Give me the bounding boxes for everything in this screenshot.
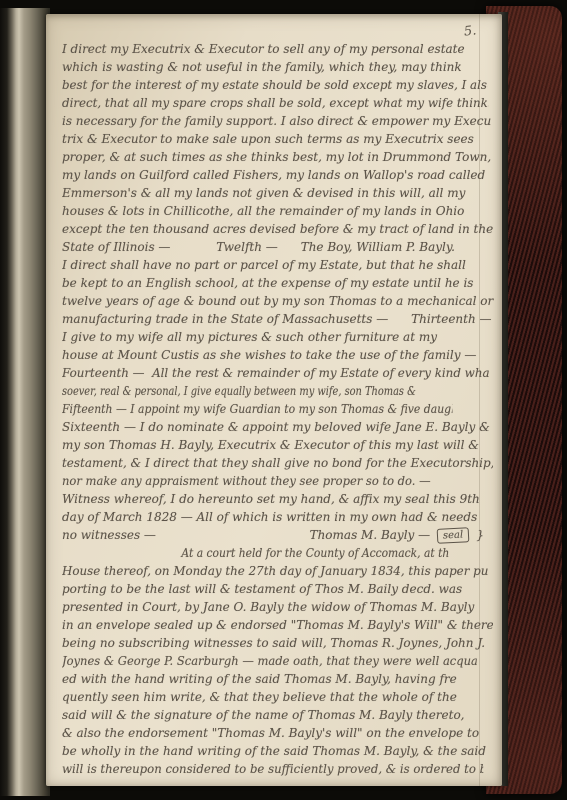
- manuscript-line: House thereof, on Monday the 27th day of…: [62, 562, 489, 580]
- manuscript-page: 5. I direct my Executrix & Executor to s…: [46, 14, 502, 786]
- probate-record-section: At a court held for the County of Accoma…: [62, 544, 494, 778]
- manuscript-line: my son Thomas H. Bayly, Executrix & Exec…: [62, 436, 494, 454]
- manuscript-line: presented in Court, by Jane O. Bayly the…: [62, 598, 494, 616]
- manuscript-line: & also the endorsement "Thomas M. Bayly'…: [62, 724, 494, 742]
- manuscript-line: which is wasting & not useful in the fam…: [62, 58, 494, 76]
- manuscript-line: ed with the hand writing of the said Tho…: [62, 670, 494, 688]
- manuscript-line: manufacturing trade in the State of Mass…: [62, 310, 494, 328]
- manuscript-line: will is thereupon considered to be suffi…: [62, 760, 483, 778]
- seal-stamp: seal: [437, 527, 470, 544]
- signature-group: Thomas M. Bayly — seal }: [310, 526, 484, 544]
- manuscript-line: trix & Executor to make sale upon such t…: [62, 130, 494, 148]
- manuscript-line: I give to my wife all my pictures & such…: [62, 328, 494, 346]
- manuscript-line: be kept to an English school, at the exp…: [62, 274, 494, 292]
- manuscript-line: Witness whereof, I do hereunto set my ha…: [62, 490, 494, 508]
- manuscript-line: nor make any appraisment without they se…: [62, 472, 477, 490]
- manuscript-line: At a court held for the County of Accoma…: [62, 544, 448, 562]
- manuscript-line: I direct my Executrix & Executor to sell…: [62, 40, 494, 58]
- will-body-section: I direct my Executrix & Executor to sell…: [62, 40, 494, 526]
- photograph-backdrop: { "page_number": "5.", "colors": { "back…: [0, 0, 567, 800]
- witness-text: no witnesses —: [62, 526, 156, 544]
- manuscript-line: houses & lots in Chillicothe, all the re…: [62, 202, 494, 220]
- manuscript-line: Fourteenth — All the rest & remainder of…: [62, 364, 489, 382]
- signature-line: no witnesses — Thomas M. Bayly — seal }: [62, 526, 494, 544]
- manuscript-line: house at Mount Custis as she wishes to t…: [62, 346, 494, 364]
- manuscript-line: direct, that all my spare crops shall be…: [62, 94, 488, 112]
- manuscript-line: best for the interest of my estate shoul…: [62, 76, 487, 94]
- manuscript-line: day of March 1828 — All of which is writ…: [62, 508, 494, 526]
- manuscript-text: I direct my Executrix & Executor to sell…: [62, 40, 494, 778]
- manuscript-line: testament, & I direct that they shall gi…: [62, 454, 493, 472]
- manuscript-line: proper, & at such times as she thinks be…: [62, 148, 494, 166]
- manuscript-line: State of Illinois — Twelfth — The Boy, W…: [62, 238, 494, 256]
- manuscript-line: porting to be the last will & testament …: [62, 580, 494, 598]
- manuscript-line: twelve years of age & bound out by my so…: [62, 292, 494, 310]
- manuscript-line: I direct shall have no part or parcel of…: [62, 256, 494, 274]
- manuscript-line: being no subscribing witnesses to said w…: [62, 634, 494, 652]
- page-number: 5.: [463, 23, 477, 39]
- manuscript-line: my lands on Guilford called Fishers, my …: [62, 166, 494, 184]
- seal-label: seal: [443, 529, 464, 541]
- signature: Thomas M. Bayly —: [310, 526, 431, 544]
- manuscript-line: soever, real & personal, I give equally …: [62, 382, 415, 400]
- manuscript-line: be wholly in the hand writing of the sai…: [62, 742, 494, 760]
- manuscript-line: Emmerson's & all my lands not given & de…: [62, 184, 494, 202]
- seal-flourish: }: [476, 526, 484, 544]
- manuscript-line: Sixteenth — I do nominate & appoint my b…: [62, 418, 494, 436]
- manuscript-line: except the ten thousand acres devised be…: [62, 220, 494, 238]
- book-gutter-page-edges: [0, 8, 50, 796]
- manuscript-line: is necessary for the family support. I a…: [62, 112, 494, 130]
- manuscript-line: Joynes & George P. Scarburgh — made oath…: [62, 652, 477, 670]
- manuscript-line: quently seen him write, & that they beli…: [62, 688, 494, 706]
- manuscript-line: Fifteenth — I appoint my wife Guardian t…: [62, 400, 452, 418]
- manuscript-line: in an envelope sealed up & endorsed "Tho…: [62, 616, 493, 634]
- manuscript-line: said will & the signature of the name of…: [62, 706, 494, 724]
